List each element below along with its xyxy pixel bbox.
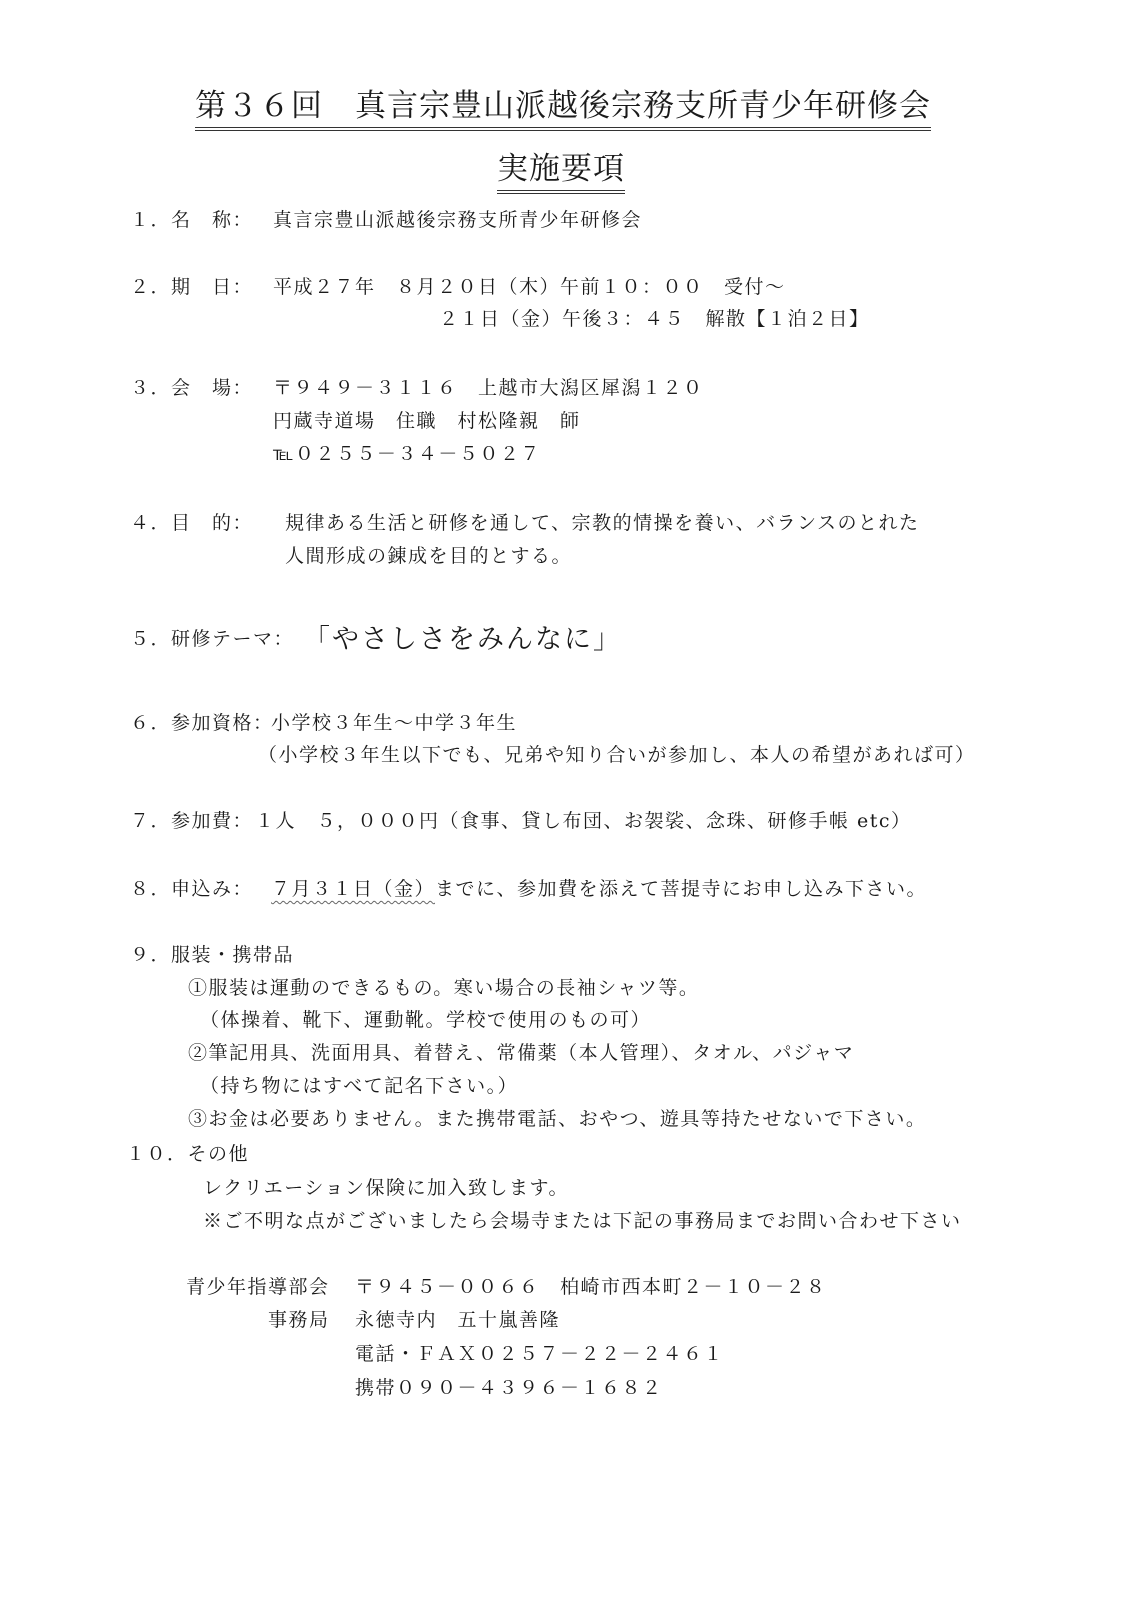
- contact-office: 永徳寺内 五十嵐善隆: [355, 1305, 560, 1332]
- section-items-label: ９．服装・携帯品: [130, 940, 294, 967]
- section-venue-label: ３．会 場：: [130, 373, 253, 400]
- contact-mobile: 携帯０９０－４３９６－１６８２: [355, 1373, 663, 1400]
- section-fee-value: １人 ５，０００円（食事、貸し布団、お袈裟、念珠、研修手帳 etc）: [255, 806, 912, 833]
- section-theme-value: 「やさしさをみんなに」: [303, 617, 622, 656]
- other-inquiries: ※ご不明な点がございましたら会場寺または下記の事務局までお問い合わせ下さい: [203, 1206, 962, 1233]
- section-fee-label: ７．参加費：: [130, 806, 253, 833]
- items-clothing-note: （体操着、靴下、運動靴。学校で使用のもの可）: [200, 1005, 651, 1032]
- section-eligibility-label: ６．参加資格：: [130, 708, 274, 735]
- document-subtitle: 実施要項: [497, 143, 625, 194]
- contact-office-label: 事務局: [268, 1305, 330, 1332]
- section-theme-label: ５．研修テーマ：: [130, 624, 294, 651]
- document-title: 第３６回 真言宗豊山派越後宗務支所青少年研修会: [195, 80, 931, 131]
- items-clothing: ①服装は運動のできるもの。寒い場合の長袖シャツ等。: [188, 973, 699, 1000]
- section-eligibility-line1: 小学校３年生～中学３年生: [271, 708, 517, 735]
- section-venue-temple: 円蔵寺道場 住職 村松隆親 師: [273, 406, 581, 433]
- section-venue-address: 〒９４９－３１１６ 上越市大潟区犀潟１２０: [273, 373, 704, 400]
- section-purpose-line1: 規律ある生活と研修を通して、宗教的情操を養い、バランスのとれた: [285, 508, 920, 535]
- section-eligibility-line2: （小学校３年生以下でも、兄弟や知り合いが参加し、本人の希望があれば可）: [258, 740, 976, 767]
- items-belongings-note: （持ち物にはすべて記名下さい。）: [200, 1071, 518, 1098]
- section-name-value: 真言宗豊山派越後宗務支所青少年研修会: [273, 205, 642, 232]
- section-other-label: １０．その他: [126, 1139, 249, 1166]
- section-purpose-line2: 人間形成の錬成を目的とする。: [285, 541, 572, 568]
- section-name-label: １．名 称：: [130, 205, 253, 232]
- section-date-line1: 平成２７年 ８月２０日（木）午前１０：００ 受付～: [273, 272, 786, 299]
- application-deadline: ７月３１日（金）: [271, 878, 435, 900]
- application-instructions: までに、参加費を添えて菩提寺にお申し込み下さい。: [435, 878, 927, 900]
- items-belongings: ②筆記用具、洗面用具、着替え、常備薬（本人管理）、タオル、パジャマ: [188, 1038, 854, 1065]
- section-application-text: ７月３１日（金）までに、参加費を添えて菩提寺にお申し込み下さい。: [271, 874, 927, 901]
- section-date-line2: ２１日（金）午後３：４５ 解散【１泊２日】: [439, 304, 870, 331]
- items-prohibited: ③お金は必要ありません。また携帯電話、おやつ、遊具等持たせないで下さい。: [188, 1104, 926, 1131]
- other-insurance: レクリエーション保険に加入致します。: [203, 1173, 569, 1200]
- section-purpose-label: ４．目 的：: [130, 508, 253, 535]
- section-application-label: ８．申込み：: [130, 874, 253, 901]
- contact-org: 青少年指導部会: [186, 1272, 330, 1299]
- section-venue-phone: ℡０２５５－３４－５０２７: [273, 439, 541, 466]
- contact-address: 〒９４５－００６６ 柏崎市西本町２－１０－２８: [355, 1272, 827, 1299]
- contact-phone-fax: 電話・ＦＡＸ０２５７－２２－２４６１: [355, 1339, 724, 1366]
- section-date-label: ２．期 日：: [130, 272, 253, 299]
